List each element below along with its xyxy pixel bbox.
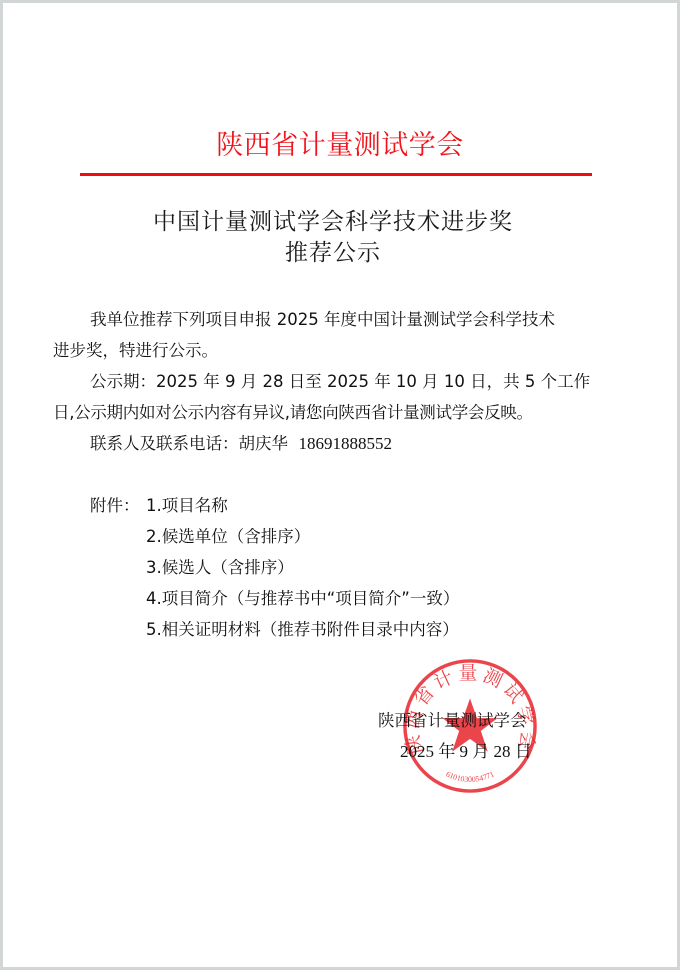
paragraph-1-line-1: 我单位推荐下列项目申报 2025 年度中国计量测试学会科学技术 [90, 304, 555, 335]
attachment-item: 5.相关证明材料（推荐书附件目录中内容） [146, 614, 459, 645]
paragraph-2-line-1: 公示期：2025 年 9 月 28 日至 2025 年 10 月 10 日，共 … [90, 366, 590, 397]
document-title-line2: 推荐公示 [3, 238, 663, 268]
contact-line: 联系人及联系电话：胡庆华 18691888552 [90, 428, 392, 459]
attachment-item: 3.候选人（含排序） [146, 552, 294, 583]
contact-name: 胡庆华 [239, 434, 289, 453]
paragraph-1-line-2: 进步奖，特进行公示。 [53, 335, 218, 366]
svg-text:6101030054771: 6101030054771 [445, 769, 496, 784]
attachment-item: 2.候选单位（含排序） [146, 521, 310, 552]
organization-letterhead: 陕西省计量测试学会 [3, 129, 677, 163]
contact-label: 联系人及联系电话： [90, 434, 239, 453]
attachments-label: 附件： [90, 490, 140, 521]
paragraph-2-line-2: 日,公示期内如对公示内容有异议,请您向陕西省计量测试学会反映。 [53, 397, 533, 428]
document-page: 陕西省计量测试学会 中国计量测试学会科学技术进步奖 推荐公示 我单位推荐下列项目… [3, 3, 677, 967]
attachment-item: 4.项目简介（与推荐书中“项目简介”一致） [146, 583, 459, 614]
signature-date: 2025 年 9 月 28 日 [400, 736, 532, 767]
seal-serial: 6101030054771 [445, 769, 496, 784]
contact-phone: 18691888552 [299, 434, 393, 453]
letterhead-divider [80, 173, 592, 176]
attachment-item: 1.项目名称 [146, 490, 228, 521]
document-title-line1: 中国计量测试学会科学技术进步奖 [3, 207, 663, 237]
signature-organization: 陕西省计量测试学会 [378, 705, 527, 736]
